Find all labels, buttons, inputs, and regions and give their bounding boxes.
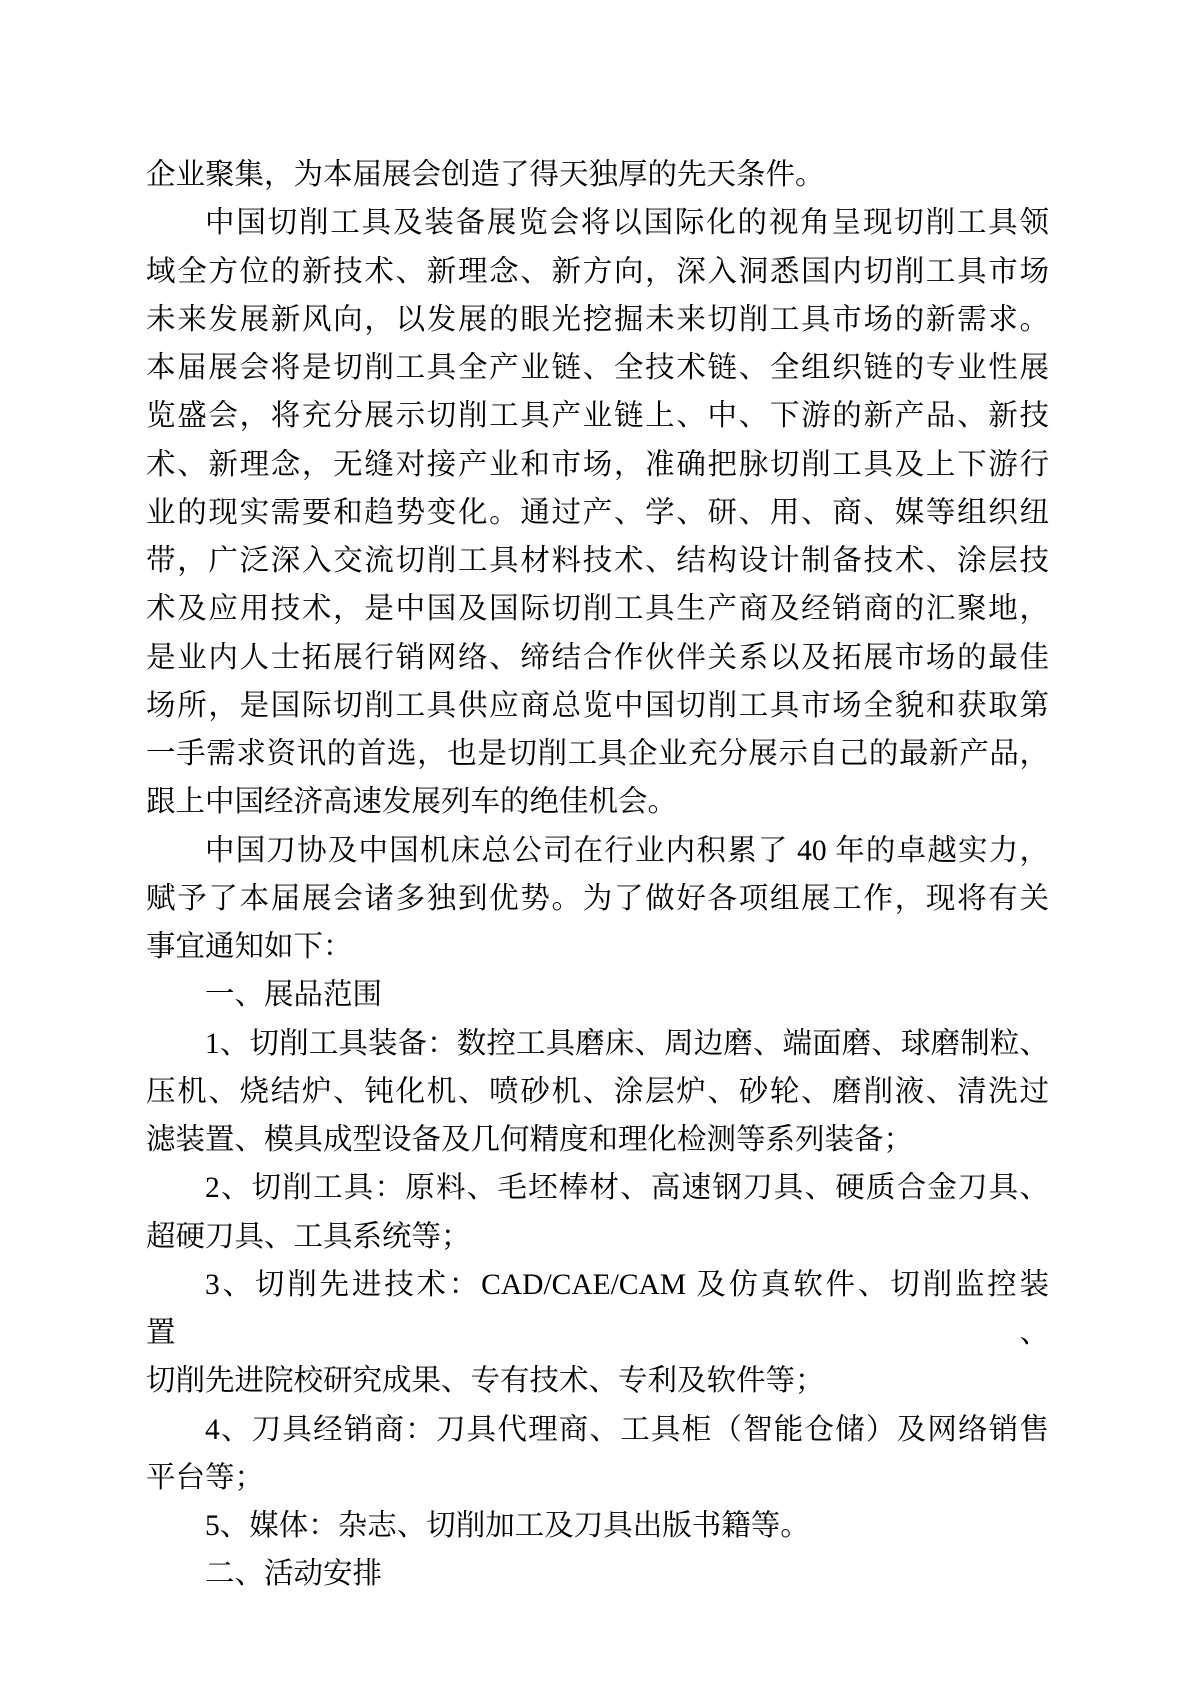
text-line: 平台等；	[146, 1454, 1049, 1502]
document-text: 企业聚集，为本届展会创造了得天独厚的先天条件。中国切削工具及装备展览会将以国际化…	[146, 151, 1049, 1599]
text-line: 带，广泛深入交流切削工具材料技术、结构设计制备技术、涂层技	[146, 537, 1049, 585]
text-line: 览盛会，将充分展示切削工具产业链上、中、下游的新产品、新技	[146, 392, 1049, 440]
text-line: 3、切削先进技术：CAD/CAE/CAM 及仿真软件、切削监控装置、	[146, 1261, 1049, 1358]
text-line: 域全方位的新技术、新理念、新方向，深入洞悉国内切削工具市场	[146, 248, 1049, 296]
text-line: 赋予了本届展会诸多独到优势。为了做好各项组展工作，现将有关	[146, 875, 1049, 923]
text-line: 未来发展新风向，以发展的眼光挖掘未来切削工具市场的新需求。	[146, 296, 1049, 344]
text-line: 4、刀具经销商：刀具代理商、工具柜（智能仓储）及网络销售	[146, 1406, 1049, 1454]
text-line: 超硬刀具、工具系统等；	[146, 1213, 1049, 1261]
text-line: 是业内人士拓展行销网络、缔结合作伙伴关系以及拓展市场的最佳	[146, 634, 1049, 682]
text-line: 2、切削工具：原料、毛坯棒材、高速钢刀具、硬质合金刀具、	[146, 1164, 1049, 1212]
text-line: 术及应用技术，是中国及国际切削工具生产商及经销商的汇聚地，	[146, 585, 1049, 633]
text-line: 一手需求资讯的首选，也是切削工具企业充分展示自己的最新产品，	[146, 730, 1049, 778]
text-line: 场所，是国际切削工具供应商总览中国切削工具市场全貌和获取第	[146, 682, 1049, 730]
text-line: 业的现实需要和趋势变化。通过产、学、研、用、商、媒等组织纽	[146, 489, 1049, 537]
text-line: 中国刀协及中国机床总公司在行业内积累了 40 年的卓越实力，	[146, 827, 1049, 875]
text-line: 压机、烧结炉、钝化机、喷砂机、涂层炉、砂轮、磨削液、清洗过	[146, 1068, 1049, 1116]
document-page: { "page": { "background_color": "#ffffff…	[0, 0, 1200, 1696]
text-line: 1、切削工具装备：数控工具磨床、周边磨、端面磨、球磨制粒、	[146, 1020, 1049, 1068]
text-line: 滤装置、模具成型设备及几何精度和理化检测等系列装备；	[146, 1116, 1049, 1164]
text-line: 二、活动安排	[146, 1550, 1049, 1598]
text-line: 企业聚集，为本届展会创造了得天独厚的先天条件。	[146, 151, 1049, 199]
text-line: 本届展会将是切削工具全产业链、全技术链、全组织链的专业性展	[146, 344, 1049, 392]
text-line: 切削先进院校研究成果、专有技术、专利及软件等；	[146, 1357, 1049, 1405]
text-line: 事宜通知如下：	[146, 923, 1049, 971]
text-line: 一、展品范围	[146, 971, 1049, 1019]
text-line: 中国切削工具及装备展览会将以国际化的视角呈现切削工具领	[146, 199, 1049, 247]
text-line: 术、新理念，无缝对接产业和市场，准确把脉切削工具及上下游行	[146, 441, 1049, 489]
text-line: 5、媒体：杂志、切削加工及刀具出版书籍等。	[146, 1502, 1049, 1550]
text-line: 跟上中国经济高速发展列车的绝佳机会。	[146, 778, 1049, 826]
